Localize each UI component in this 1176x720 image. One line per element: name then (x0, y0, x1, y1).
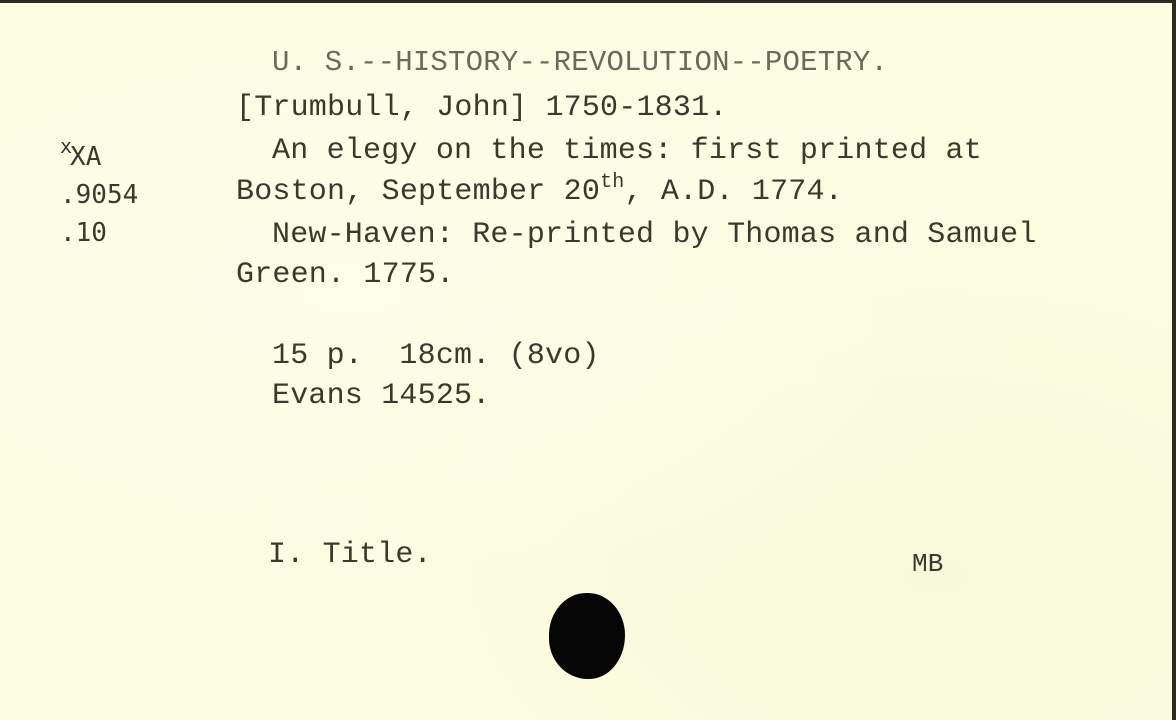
catalog-card: U. S.--HISTORY--REVOLUTION--POETRY. [Tru… (0, 3, 1172, 720)
title-line-1: An elegy on the times: first printed at (272, 134, 982, 168)
imprint-line-2: Green. 1775. (236, 258, 454, 292)
title-line-2: Boston, September 20th, A.D. 1774. (236, 175, 843, 209)
bibliographic-note: Evans 14525. (272, 379, 490, 413)
collation: 15 p. 18cm. (8vo) (272, 339, 600, 373)
tracing: I. Title. (268, 538, 432, 572)
call-number-line-3: .10 (60, 214, 138, 252)
holding-library-code: MB (912, 547, 944, 581)
card-edge (1172, 0, 1176, 720)
imprint-line-1: New-Haven: Re-printed by Thomas and Samu… (272, 218, 1037, 252)
call-number: xXA .9054 .10 (60, 127, 138, 252)
author-entry: [Trumbull, John] 1750-1831. (236, 91, 727, 125)
subject-heading: U. S.--HISTORY--REVOLUTION--POETRY. (272, 46, 888, 80)
call-number-line-2: .9054 (60, 176, 138, 214)
call-number-line-1: xXA (60, 127, 138, 176)
ordinal-suffix: th (600, 171, 624, 194)
punch-hole-icon (549, 593, 625, 679)
